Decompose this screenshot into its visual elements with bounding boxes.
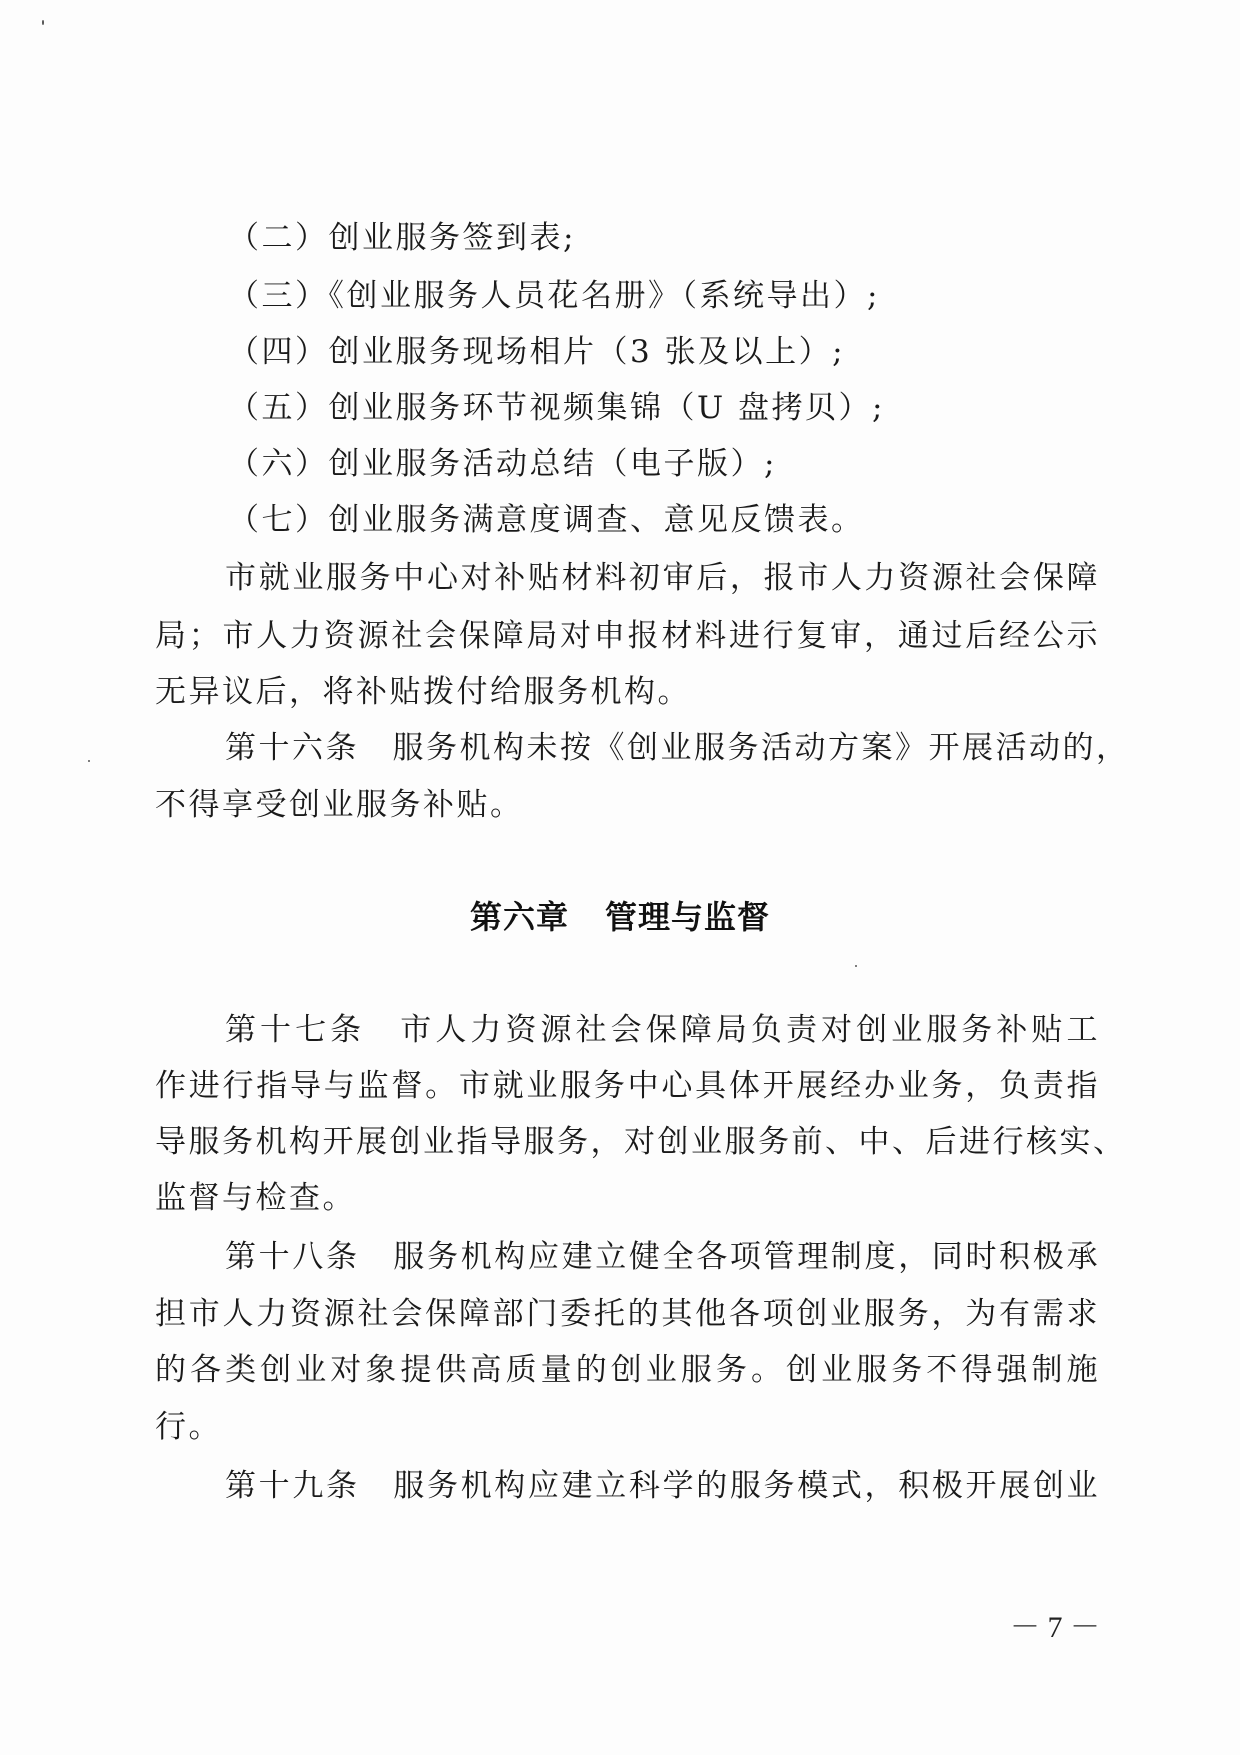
article-18-line: 的各类创业对象提供高质量的创业服务。创业服务不得强制施 xyxy=(155,1350,1100,1390)
paragraph-line: 局；市人力资源社会保障局对申报材料进行复审，通过后经公示 xyxy=(155,616,1100,656)
chapter-number: 第六章 xyxy=(470,898,569,936)
list-item: （五）创业服务环节视频集锦（U 盘拷贝）; xyxy=(228,388,1173,428)
list-item: （七）创业服务满意度调查、意见反馈表。 xyxy=(228,500,1173,540)
page-number: － 7 － xyxy=(1010,1610,1100,1646)
paragraph-line: 无异议后，将补贴拨付给服务机构。 xyxy=(155,672,1100,712)
chapter-heading: 第六章管理与监督 xyxy=(0,895,1240,939)
article-17-line: 监督与检查。 xyxy=(155,1178,1100,1218)
article-16-line: 第十六条 服务机构未按《创业服务活动方案》开展活动的， xyxy=(225,728,1100,768)
scan-speck xyxy=(42,20,44,25)
article-18-line: 第十八条 服务机构应建立健全各项管理制度，同时积极承 xyxy=(225,1237,1100,1277)
document-page: （二）创业服务签到表; （三）《创业服务人员花名册》（系统导出）; （四）创业服… xyxy=(0,0,1240,1755)
list-item: （二）创业服务签到表; xyxy=(228,218,1173,258)
article-18-line: 担市人力资源社会保障部门委托的其他各项创业服务，为有需求 xyxy=(155,1294,1100,1334)
article-16-line: 不得享受创业服务补贴。 xyxy=(155,785,1100,825)
chapter-title: 管理与监督 xyxy=(605,898,770,936)
article-17-line: 导服务机构开展创业指导服务，对创业服务前、中、后进行核实、 xyxy=(155,1122,1100,1162)
list-item: （六）创业服务活动总结（电子版）; xyxy=(228,444,1173,484)
article-19-line: 第十九条 服务机构应建立科学的服务模式，积极开展创业 xyxy=(225,1466,1100,1506)
scan-speck xyxy=(855,965,857,967)
article-17-line: 第十七条 市人力资源社会保障局负责对创业服务补贴工 xyxy=(225,1010,1100,1050)
article-17-line: 作进行指导与监督。市就业服务中心具体开展经办业务，负责指 xyxy=(155,1066,1100,1106)
paragraph-line: 市就业服务中心对补贴材料初审后，报市人力资源社会保障 xyxy=(225,558,1100,598)
article-18-line: 行。 xyxy=(155,1407,1100,1447)
list-item: （三）《创业服务人员花名册》（系统导出）; xyxy=(228,276,1173,316)
scan-speck xyxy=(88,760,90,762)
list-item: （四）创业服务现场相片（3 张及以上）; xyxy=(228,332,1173,372)
